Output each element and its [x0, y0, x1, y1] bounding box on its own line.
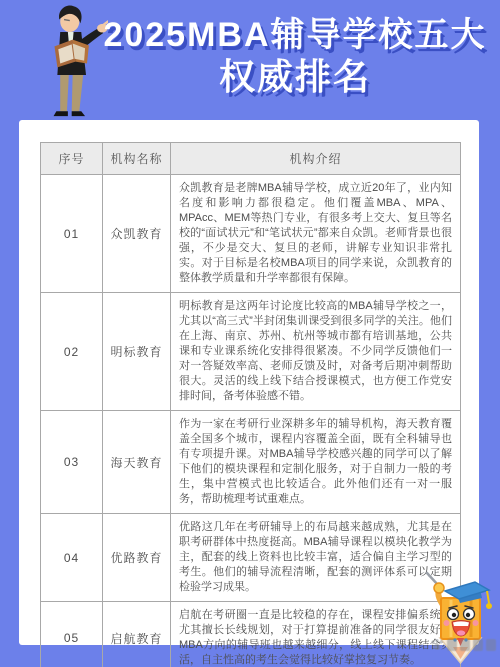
table-row: 05 启航教育 启航在考研圈一直是比较稳的存在，课程安排偏系统，尤其擅长长线规划…	[41, 602, 461, 667]
table-header-row: 序号 机构名称 机构介绍	[41, 143, 461, 175]
school-name: 海天教育	[103, 411, 171, 514]
rank-number: 02	[41, 293, 103, 411]
column-header-name: 机构名称	[103, 143, 171, 175]
hero-banner: 2025MBA辅导学校五大 权威排名	[0, 0, 500, 120]
school-intro: 明标教育是这两年讨论度比较高的MBA辅导学校之一，尤其以“高三式”半封闭集训课受…	[171, 293, 461, 411]
watermark-glyph	[447, 639, 457, 651]
rank-number: 03	[41, 411, 103, 514]
school-name: 明标教育	[103, 293, 171, 411]
ranking-table: 序号 机构名称 机构介绍 01 众凯教育 众凯教育是老牌MBA辅导学校，成立近2…	[40, 142, 461, 667]
watermark-glyph	[473, 639, 483, 651]
table-row: 01 众凯教育 众凯教育是老牌MBA辅导学校，成立近20年了，业内知名度和影响力…	[41, 175, 461, 293]
rank-number: 05	[41, 602, 103, 667]
school-name: 启航教育	[103, 602, 171, 667]
school-name: 优路教育	[103, 514, 171, 602]
table-row: 03 海天教育 作为一家在考研行业深耕多年的辅导机构，海天教育覆盖全国多个城市，…	[41, 411, 461, 514]
school-intro: 优路这几年在考研辅导上的布局越来越成熟，尤其是在职考研群体中热度挺高。MBA辅导…	[171, 514, 461, 602]
man-with-book-illustration	[22, 4, 108, 124]
school-intro: 作为一家在考研行业深耕多年的辅导机构，海天教育覆盖全国多个城市，课程内容覆盖全面…	[171, 411, 461, 514]
school-intro: 启航在考研圈一直是比较稳的存在，课程安排偏系统，尤其擅长长线规划，对于打算提前准…	[171, 602, 461, 667]
watermark	[430, 637, 496, 653]
table-row: 04 优路教育 优路这几年在考研辅导上的布局越来越成熟，尤其是在职考研群体中热度…	[41, 514, 461, 602]
school-intro: 众凯教育是老牌MBA辅导学校，成立近20年了，业内知名度和影响力都很稳定。他们覆…	[171, 175, 461, 293]
page-title-line1: 2025MBA辅导学校五大	[98, 14, 492, 56]
rank-number: 01	[41, 175, 103, 293]
column-header-number: 序号	[41, 143, 103, 175]
school-name: 众凯教育	[103, 175, 171, 293]
watermark-glyph	[460, 639, 470, 651]
content-card: 序号 机构名称 机构介绍 01 众凯教育 众凯教育是老牌MBA辅导学校，成立近2…	[19, 120, 479, 645]
page-title: 2025MBA辅导学校五大 权威排名	[98, 14, 492, 98]
page-title-line2: 权威排名	[98, 56, 492, 98]
paw-icon	[430, 638, 444, 652]
watermark-glyph	[486, 639, 496, 651]
rank-number: 04	[41, 514, 103, 602]
table-row: 02 明标教育 明标教育是这两年讨论度比较高的MBA辅导学校之一，尤其以“高三式…	[41, 293, 461, 411]
column-header-intro: 机构介绍	[171, 143, 461, 175]
